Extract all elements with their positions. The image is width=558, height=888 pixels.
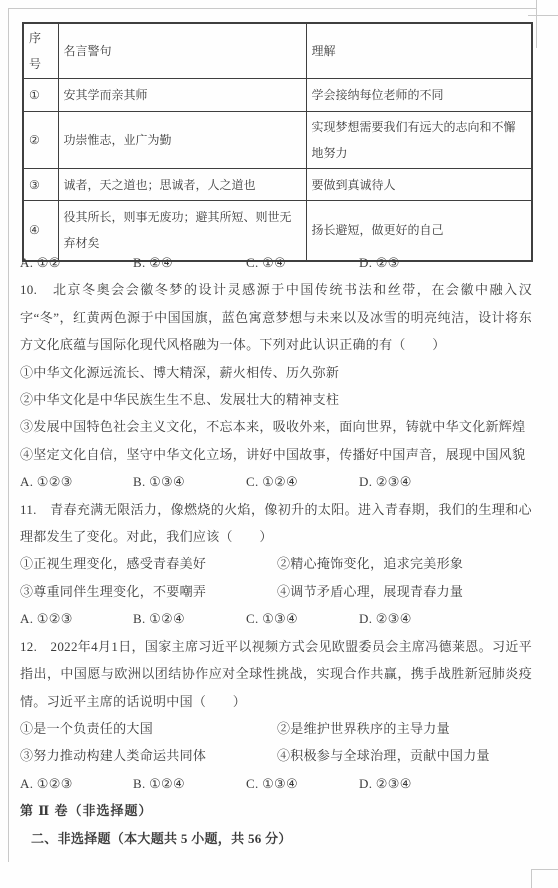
q11-option-c: C. ①③④ (246, 605, 359, 632)
q11-option-d: D. ②③④ (359, 605, 412, 632)
table-row: ① 安其学而亲其师 学会接纳每位老师的不同 (23, 79, 532, 112)
page-margin-bottom-right-hline (531, 869, 558, 870)
q12-item-2: ②是维护世界秩序的主导力量 (277, 715, 450, 742)
table-header-quote: 名言警句 (58, 23, 306, 79)
q12-item-4: ④积极参与全球治理，贡献中国力量 (277, 742, 490, 769)
q10-option-d: D. ②③④ (359, 468, 412, 495)
page-margin-right-crossline (528, 15, 558, 16)
q11-item-2: ②精心掩饰变化，追求完美形象 (277, 550, 463, 577)
q11-answer-options: A. ①②③ B. ①②④ C. ①③④ D. ②③④ (20, 605, 532, 632)
page-margin-right-line (536, 0, 537, 48)
q10-option-b: B. ①③④ (133, 468, 246, 495)
table-cell-num: ② (23, 112, 58, 169)
q11-item-3: ③尊重同伴生理变化，不要嘲弄 (20, 578, 277, 605)
q10-item-2: ②中华文化是中华民族生生不息、发展壮大的精神支柱 (20, 386, 532, 413)
q12-option-a: A. ①②③ (20, 770, 133, 797)
table-cell-num: ③ (23, 169, 58, 201)
page-margin-top-line (8, 8, 536, 9)
q12-item-pair-1: ①是一个负责任的大国 ②是维护世界秩序的主导力量 (20, 715, 532, 742)
q11-option-a: A. ①②③ (20, 605, 133, 632)
table-cell-quote: 功崇惟志，业广为勤 (58, 112, 306, 169)
page-margin-bottom-right-vline (531, 869, 532, 888)
table-row: ③ 诚者，天之道也；思诚者，人之道也 要做到真诚待人 (23, 169, 532, 201)
q9-option-a: A. ①② (20, 249, 133, 276)
q12-answer-options: A. ①②③ B. ①②④ C. ①③④ D. ②③④ (20, 770, 532, 797)
q12-item-3: ③努力推动构建人类命运共同体 (20, 742, 277, 769)
q9-option-c: C. ①④ (246, 249, 359, 276)
table-header-understanding: 理解 (306, 23, 532, 79)
table-cell-quote: 诚者，天之道也；思诚者，人之道也 (58, 169, 306, 201)
table-cell-quote: 安其学而亲其师 (58, 79, 306, 112)
section2-heading: 二、非选择题（本大题共 5 小题，共 56 分） (20, 825, 532, 852)
q11-item-4: ④调节矛盾心理，展现青春力量 (277, 578, 463, 605)
quote-table: 序号 名言警句 理解 ① 安其学而亲其师 学会接纳每位老师的不同 ② 功崇惟志，… (22, 22, 533, 262)
q10-option-a: A. ①②③ (20, 468, 133, 495)
q10-option-c: C. ①②④ (246, 468, 359, 495)
table-header-row: 序号 名言警句 理解 (23, 23, 532, 79)
q12-item-pair-2: ③努力推动构建人类命运共同体 ④积极参与全球治理，贡献中国力量 (20, 742, 532, 769)
table-cell-understanding: 要做到真诚待人 (306, 169, 532, 201)
table-row: ② 功崇惟志，业广为勤 实现梦想需要我们有远大的志向和不懈地努力 (23, 112, 532, 169)
q12-item-1: ①是一个负责任的大国 (20, 715, 277, 742)
q11-option-b: B. ①②④ (133, 605, 246, 632)
table-cell-num: ① (23, 79, 58, 112)
exam-document-page: 序号 名言警句 理解 ① 安其学而亲其师 学会接纳每位老师的不同 ② 功崇惟志，… (0, 0, 558, 888)
q10-item-3: ③发展中国特色社会主义文化，不忘本来，吸收外来，面向世界，铸就中华文化新辉煌 (20, 413, 532, 440)
q10-answer-options: A. ①②③ B. ①③④ C. ①②④ D. ②③④ (20, 468, 532, 495)
q11-stem: 11. 青春充满无限活力，像燃烧的火焰，像初升的太阳。进入青春期，我们的生理和心… (20, 496, 532, 551)
q10-stem: 10. 北京冬奥会会徽冬梦的设计灵感源于中国传统书法和丝带，在会徽中融入汉字“冬… (20, 276, 532, 358)
section2-title: 第 Ⅱ 卷（非选择题） (20, 797, 532, 824)
q10-item-1: ①中华文化源远流长、博大精深，薪火相传、历久弥新 (20, 359, 532, 386)
page-margin-left-line (8, 8, 9, 862)
q11-item-1: ①正视生理变化，感受青春美好 (20, 550, 277, 577)
q9-option-d: D. ②③ (359, 249, 400, 276)
q12-option-d: D. ②③④ (359, 770, 412, 797)
q10-item-4: ④坚定文化自信，坚守中华文化立场，讲好中国故事，传播好中国声音，展现中国风貌 (20, 441, 532, 468)
q12-option-b: B. ①②④ (133, 770, 246, 797)
table-header-num: 序号 (23, 23, 58, 79)
q12-stem: 12. 2022年4月1日，国家主席习近平以视频方式会见欧盟委员会主席冯德莱恩。… (20, 633, 532, 715)
q9-answer-options: A. ①② B. ②④ C. ①④ D. ②③ (20, 249, 532, 276)
q12-option-c: C. ①③④ (246, 770, 359, 797)
question-body: A. ①② B. ②④ C. ①④ D. ②③ 10. 北京冬奥会会徽冬梦的设计… (20, 249, 532, 852)
table-cell-understanding: 学会接纳每位老师的不同 (306, 79, 532, 112)
table-cell-understanding: 实现梦想需要我们有远大的志向和不懈地努力 (306, 112, 532, 169)
q9-option-b: B. ②④ (133, 249, 246, 276)
q11-item-pair-2: ③尊重同伴生理变化，不要嘲弄 ④调节矛盾心理，展现青春力量 (20, 578, 532, 605)
q11-item-pair-1: ①正视生理变化，感受青春美好 ②精心掩饰变化，追求完美形象 (20, 550, 532, 577)
